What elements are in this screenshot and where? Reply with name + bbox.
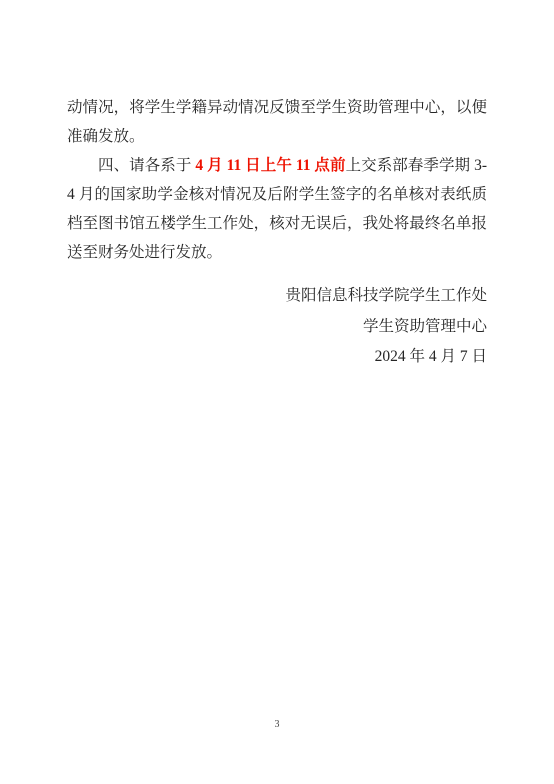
signature-org-line1: 贵阳信息科技学院学生工作处: [67, 281, 487, 312]
document-body: 动情况，将学生学籍异动情况反馈至学生资助管理中心，以便准确发放。 四、请各系于 …: [67, 93, 487, 267]
paragraph-item-four-lead: 四、请各系于: [98, 157, 195, 174]
signature-date: 2024 年 4 月 7 日: [67, 342, 487, 373]
page-number: 3: [0, 719, 554, 731]
signature-org-line2: 学生资助管理中心: [67, 312, 487, 343]
paragraph-continuation: 动情况，将学生学籍异动情况反馈至学生资助管理中心，以便准确发放。: [67, 93, 487, 151]
signature-block: 贵阳信息科技学院学生工作处 学生资助管理中心 2024 年 4 月 7 日: [67, 281, 487, 373]
paragraph-item-four: 四、请各系于 4 月 11 日上午 11 点前上交系部春季学期 3-4 月的国家…: [67, 151, 487, 267]
deadline-highlight: 4 月 11 日上午 11 点前: [195, 157, 345, 174]
document-page: 动情况，将学生学籍异动情况反馈至学生资助管理中心，以便准确发放。 四、请各系于 …: [0, 0, 554, 784]
paragraph-continuation-text: 动情况，将学生学籍异动情况反馈至学生资助管理中心，以便准确发放。: [67, 99, 487, 145]
